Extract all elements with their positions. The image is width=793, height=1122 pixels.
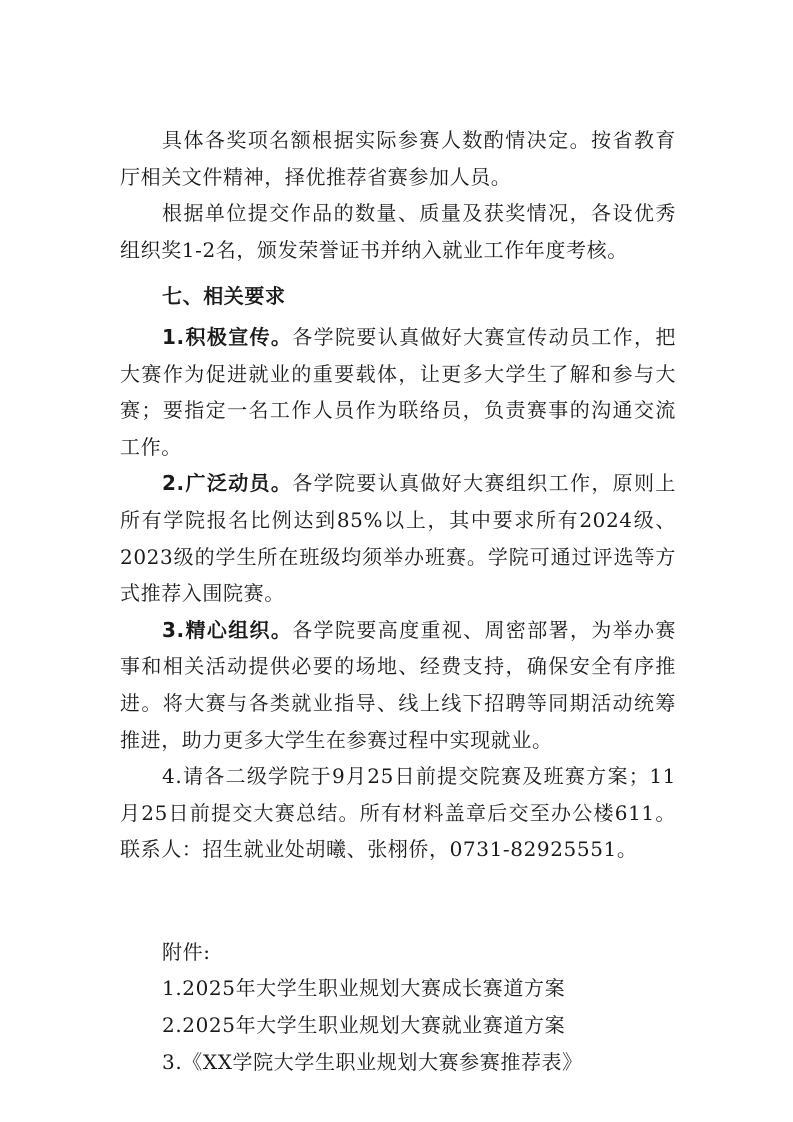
attachment-item-3: 3.《XX学院大学生职业规划大赛参赛推荐表》 <box>120 1044 676 1081</box>
requirement-lead: 3.精心组织。 <box>162 618 292 642</box>
requirement-item-4: 4.请各二级学院于9月25日前提交院赛及班赛方案；11月25日前提交大赛总结。所… <box>120 758 676 868</box>
requirement-item-3: 3.精心组织。各学院要高度重视、周密部署，为举办赛事和相关活动提供必要的场地、经… <box>120 612 676 758</box>
attachment-item-1: 1.2025年大学生职业规划大赛成长赛道方案 <box>120 970 676 1007</box>
requirement-item-2: 2.广泛动员。各学院要认真做好大赛组织工作，原则上所有学院报名比例达到85%以上… <box>120 465 676 611</box>
spacer <box>120 868 676 934</box>
attachments-label: 附件: <box>120 934 676 971</box>
document-page: 具体各奖项名额根据实际参赛人数酌情决定。按省教育厅相关文件精神，择优推荐省赛参加… <box>120 122 676 1080</box>
attachment-item-2: 2.2025年大学生职业规划大赛就业赛道方案 <box>120 1007 676 1044</box>
paragraph-organization-award: 根据单位提交作品的数量、质量及获奖情况，各设优秀组织奖1-2名，颁发荣誉证书并纳… <box>120 195 676 268</box>
requirement-lead: 2.广泛动员。 <box>162 471 292 495</box>
section-heading: 七、相关要求 <box>120 278 676 315</box>
requirement-lead: 1.积极宣传。 <box>162 325 292 349</box>
requirement-item-1: 1.积极宣传。各学院要认真做好大赛宣传动员工作，把大赛作为促进就业的重要载体，让… <box>120 319 676 465</box>
requirement-text: 4.请各二级学院于9月25日前提交院赛及班赛方案；11月25日前提交大赛总结。所… <box>120 764 676 861</box>
paragraph-award-quota: 具体各奖项名额根据实际参赛人数酌情决定。按省教育厅相关文件精神，择优推荐省赛参加… <box>120 122 676 195</box>
